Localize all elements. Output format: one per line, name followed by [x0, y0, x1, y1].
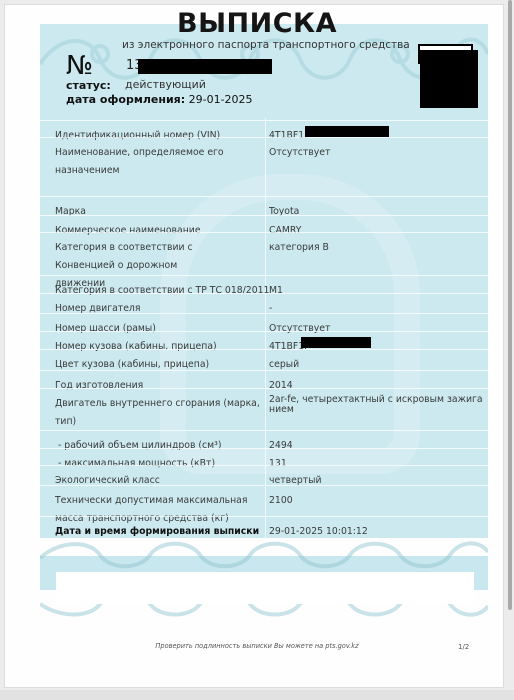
bottom-edge	[0, 690, 514, 700]
table-row: Цвет кузова (кабины, прицепа)серый	[40, 349, 488, 371]
table-row: Технически допустимая максимальная масса…	[40, 485, 488, 517]
redacted-identifier	[305, 126, 389, 137]
table-row: Категория в соответствии с ТР ТС 018/201…	[40, 275, 488, 294]
row-value: категория B	[269, 239, 484, 257]
issue-date: дата оформления: 29-01-2025	[66, 93, 253, 106]
redacted-qr	[420, 50, 478, 108]
footer-blank-box	[56, 572, 474, 604]
row-value: 29-01-2025 10:01:12	[269, 523, 484, 541]
status-value: действующий	[125, 78, 206, 91]
redacted-identifier	[301, 337, 371, 348]
row-value: 2ar-fe, четырехтактный с искровым зажига…	[269, 395, 484, 415]
table-row: Наименование, определяемое его назначени…	[40, 137, 488, 197]
vertical-scrollbar[interactable]	[508, 0, 512, 610]
number-symbol: №	[66, 51, 93, 81]
redacted-number	[138, 59, 272, 74]
table-row: - максимальная мощность (кВт)131	[40, 448, 488, 466]
table-row: Категория в соответствии с Конвенцией о …	[40, 232, 488, 276]
document-subtitle: из электронного паспорта транспортного с…	[122, 39, 410, 51]
table-row: Номер кузова (кабины, прицепа)4T1BF1F	[40, 331, 488, 350]
issue-date-value: 29-01-2025	[189, 93, 253, 106]
table-row: Дата и время формирования выписки29-01-2…	[40, 516, 488, 539]
table-row: МаркаToyota	[40, 196, 488, 216]
table-row: Номер двигателя-	[40, 293, 488, 314]
row-label: Дата и время формирования выписки	[55, 523, 270, 541]
table-row: Двигатель внутреннего сгорания (марка, т…	[40, 388, 488, 431]
status-label: статус:	[66, 79, 111, 92]
table-row: Год изготовления2014	[40, 370, 488, 389]
table-row: Номер шасси (рамы)Отсутствует	[40, 313, 488, 332]
table-row: Экологический классчетвертый	[40, 465, 488, 486]
page-number: 1/2	[458, 643, 469, 651]
row-value: 2100	[269, 492, 484, 510]
qr-code-icon	[418, 44, 478, 108]
table-row: Идентификационный номер (VIN)4T1BF1F	[40, 120, 488, 138]
issue-date-label: дата оформления:	[66, 93, 185, 106]
verify-authenticity-note: Проверить подлинность выписки Вы можете …	[0, 642, 514, 650]
table-row: - рабочий объем цилиндров (см³)2494	[40, 430, 488, 449]
table-row: Коммерческое наименованиеCAMRY	[40, 215, 488, 233]
document-title: ВЫПИСКА	[0, 8, 514, 39]
row-label: Наименование, определяемое его назначени…	[55, 144, 225, 180]
row-label: Двигатель внутреннего сгорания (марка, т…	[55, 395, 270, 431]
row-value: Отсутствует	[269, 144, 484, 162]
